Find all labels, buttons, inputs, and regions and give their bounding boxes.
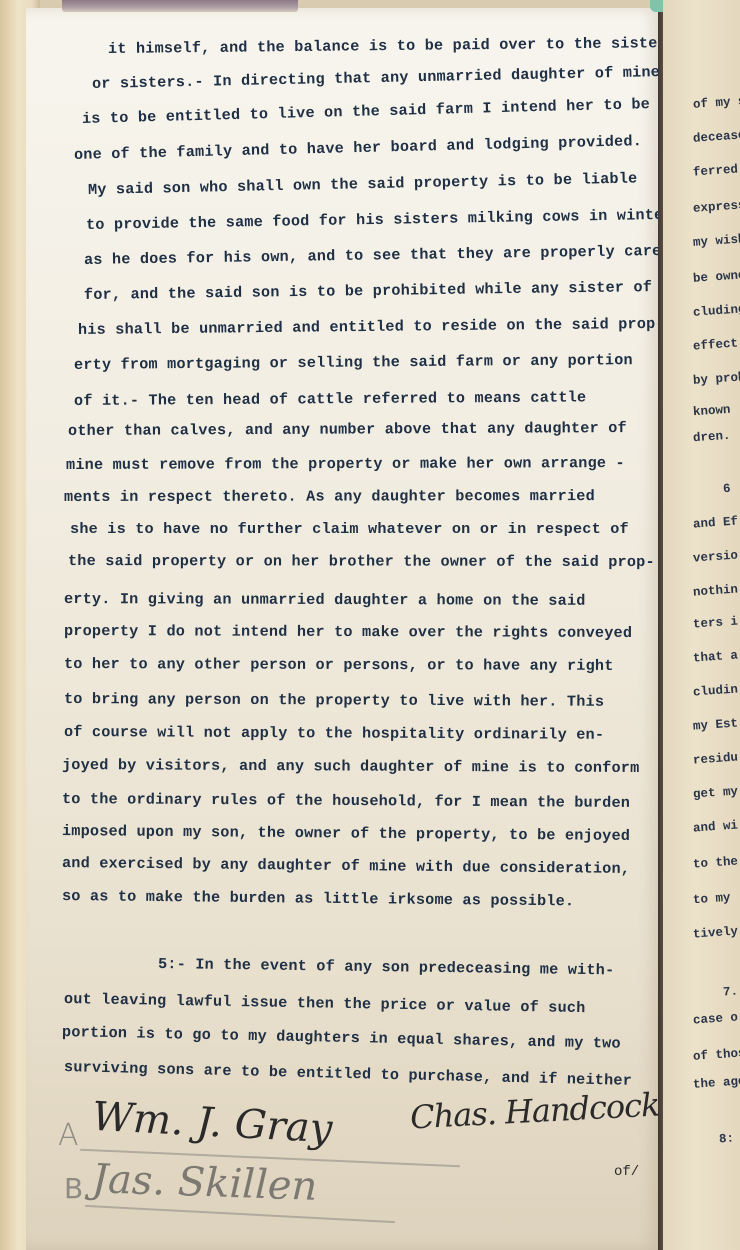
right-page-line: be owne: [693, 268, 740, 286]
typed-line: erty. In giving an unmarried daughter a …: [64, 590, 586, 610]
typed-line: other than calves, and any number above …: [68, 419, 627, 440]
right-page-line: to my: [693, 891, 731, 908]
typed-line: she is to have no further claim whatever…: [70, 520, 629, 538]
right-page-line: cludin: [693, 682, 739, 699]
right-page-line: tively: [693, 924, 739, 941]
catchword: of/: [614, 1164, 639, 1180]
right-page-line: residu: [693, 750, 739, 767]
witness-b-mark: B: [64, 1172, 83, 1205]
right-page-line: and Ef: [693, 514, 739, 531]
right-page-line: versio: [693, 548, 739, 565]
right-page-line: express: [693, 198, 740, 216]
right-page-line: cluding: [693, 302, 740, 320]
right-page-line: dren.: [693, 429, 731, 446]
witness-b-signature: Jas. Skillen: [91, 1156, 318, 1210]
right-page-line: my wish: [693, 232, 740, 250]
typed-line: to bring any person on the property to l…: [64, 690, 604, 711]
right-page-line: of my s: [693, 94, 740, 112]
right-page-line: of thos: [693, 1046, 740, 1064]
right-page-line: the age: [693, 1074, 740, 1092]
right-page-line: by prob: [693, 370, 740, 388]
right-page-line: effect: [693, 336, 739, 353]
right-page-line: to the: [693, 854, 739, 871]
right-page-line: nothin: [693, 582, 739, 599]
right-page-line: 8:: [719, 1131, 735, 1146]
right-page-line: 6: [723, 482, 731, 496]
right-page-line: known: [693, 403, 731, 420]
right-page-line: ferred: [693, 162, 739, 179]
typed-line: of course will not apply to the hospital…: [64, 723, 604, 744]
typed-line: joyed by visitors, and any such daughter…: [62, 756, 640, 777]
right-page-line: ters i: [693, 614, 739, 631]
right-page-line: and wi: [693, 818, 739, 835]
top-binding-strip: [62, 0, 298, 12]
right-page-line: that a: [693, 648, 739, 665]
right-page-line: case o: [693, 1010, 739, 1027]
typed-line: property I do not intend her to make ove…: [64, 622, 632, 642]
typed-line: to her to any other person or persons, o…: [64, 655, 614, 675]
typed-line: the said property or on her brother the …: [68, 552, 655, 571]
witness-a-mark: A: [58, 1118, 79, 1153]
typed-line: of it.- The ten head of cattle referred …: [74, 388, 586, 410]
typed-line: mine must remove from the property or ma…: [66, 454, 625, 474]
right-page-line: decease: [693, 128, 740, 146]
typed-line: ments in respect thereto. As any daughte…: [64, 487, 595, 506]
right-page-line: 7.: [723, 984, 739, 999]
right-page-line: get my: [693, 784, 739, 801]
right-page-line: my Est: [693, 716, 739, 733]
right-page-fragment: of my sdeceaseferredexpressmy wishbe own…: [663, 0, 740, 1250]
